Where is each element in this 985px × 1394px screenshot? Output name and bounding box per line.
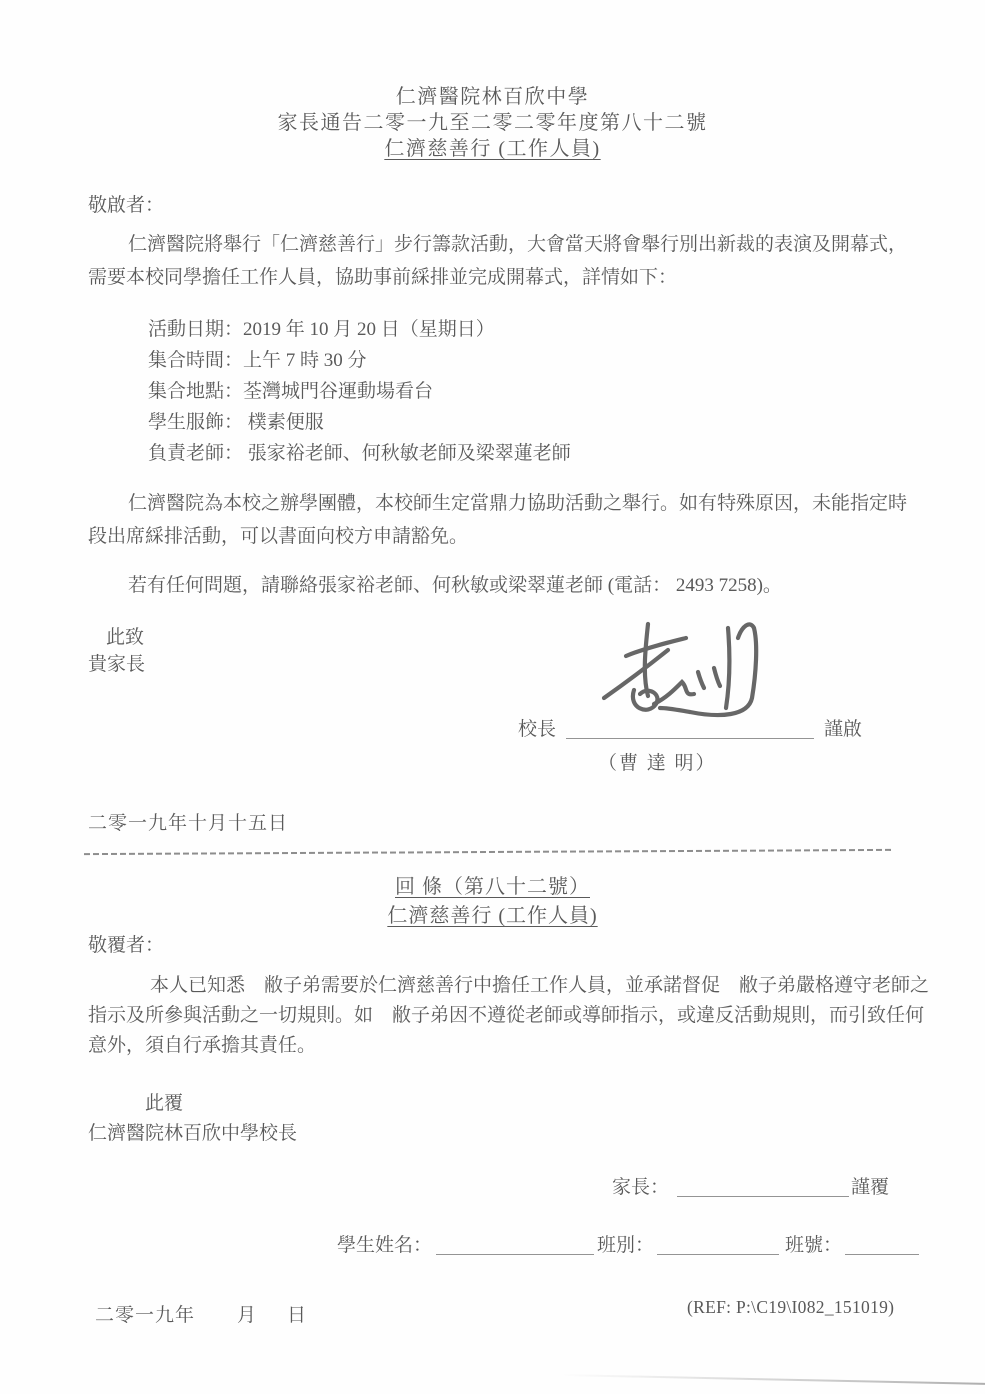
reply-line-1: 本人已知悉 敝子弟需要於仁濟慈善行中擔任工作人員，並承諾督促 敝子弟嚴格遵守老師… [88, 971, 929, 1001]
intro-paragraph: 仁濟醫院將舉行「仁濟慈善行」步行籌款活動，大會當天將會舉行別出新裁的表演及開幕式… [88, 228, 907, 294]
notice-number: 家長通告二零一九至二零二零年度第八十二號 [0, 110, 985, 136]
student-name-label: 學生姓名： [337, 1235, 432, 1256]
reply-body-paragraph: 本人已知悉 敝子弟需要於仁濟慈善行中擔任工作人員，並承諾督促 敝子弟嚴格遵守老師… [88, 971, 929, 1061]
principal-label: 校長 [518, 719, 556, 740]
reply-salutation: 敬覆者： [88, 930, 164, 957]
detail-date: 活動日期：2019 年 10 月 20 日（星期日） [148, 314, 571, 345]
principal-sign-row: 校長謹啟 [518, 714, 862, 741]
scanned-notice-page: 仁濟醫院林百欣中學 家長通告二零一九至二零二零年度第八十二號 仁濟慈善行 (工作… [0, 0, 985, 1394]
scan-edge-artifact [561, 1374, 985, 1385]
detail-teachers: 負責老師： 張家裕老師、何秋敏老師及梁翠蓮老師 [148, 438, 571, 469]
event-details: 活動日期：2019 年 10 月 20 日（星期日） 集合時間：上午 7 時 3… [148, 314, 571, 469]
cut-line-divider [84, 849, 894, 855]
principal-signature-line [566, 718, 814, 739]
reply-addressee: 仁濟醫院林百欣中學校長 [88, 1118, 297, 1145]
closing-to-parents: 貴家長 [88, 649, 145, 676]
student-name-field[interactable] [436, 1234, 594, 1255]
intro-line-2: 需要本校同學擔任工作人員，協助事前綵排並完成開幕式，詳情如下： [88, 261, 907, 294]
class-label: 班別： [597, 1235, 654, 1256]
intro-line-1: 仁濟醫院將舉行「仁濟慈善行」步行籌款活動，大會當天將會舉行別出新裁的表演及開幕式… [88, 228, 907, 261]
sponsor-paragraph: 仁濟醫院為本校之辦學團體，本校師生定當鼎力協助活動之舉行。如有特殊原因，未能指定… [88, 487, 907, 553]
notice-header: 仁濟醫院林百欣中學 家長通告二零一九至二零二零年度第八十二號 仁濟慈善行 (工作… [0, 84, 985, 162]
contact-paragraph: 若有任何問題，請聯絡張家裕老師、何秋敏或梁翠蓮老師 (電話： 2493 7258… [128, 570, 782, 597]
reply-slip-title: 回 條（第八十二號） [0, 870, 985, 899]
parent-sign-row: 家長：謹覆 [612, 1172, 889, 1199]
detail-dress: 學生服飾： 樸素便服 [148, 407, 571, 438]
reply-slip-subtitle: 仁濟慈善行 (工作人員) [0, 899, 985, 928]
reply-closing: 此覆 [145, 1088, 183, 1115]
sponsor-line-2: 段出席綵排活動，可以書面向校方申請豁免。 [88, 520, 907, 553]
reply-date-line: 二零一九年月日 [95, 1300, 307, 1327]
reply-date-year: 二零一九年 [95, 1305, 195, 1326]
sponsor-line-1: 仁濟醫院為本校之辦學團體，本校師生定當鼎力協助活動之舉行。如有特殊原因，未能指定… [88, 487, 907, 520]
class-field[interactable] [657, 1234, 779, 1255]
class-number-label: 班號： [785, 1235, 842, 1256]
salutation: 敬啟者： [88, 190, 164, 217]
parent-signature-field[interactable] [677, 1176, 849, 1197]
school-name: 仁濟醫院林百欣中學 [0, 84, 985, 110]
reference-code: (REF: P:\C19\I082_151019) [687, 1297, 894, 1318]
closing-this: 此致 [106, 622, 144, 649]
principal-sign-closing: 謹啟 [824, 719, 862, 740]
reply-date-month: 月 [237, 1305, 257, 1326]
issue-date: 二零一九年十月十五日 [88, 808, 288, 835]
parent-label: 家長： [612, 1177, 669, 1198]
class-number-field[interactable] [845, 1234, 919, 1255]
student-info-row: 學生姓名：班別：班號： [337, 1230, 919, 1257]
reply-line-3: 意外，須自行承擔其責任。 [88, 1031, 929, 1061]
detail-location: 集合地點：荃灣城門谷運動場看台 [148, 376, 571, 407]
detail-time: 集合時間：上午 7 時 30 分 [148, 345, 571, 376]
event-title: 仁濟慈善行 (工作人員) [0, 136, 985, 162]
principal-name: （曹 達 明） [598, 748, 717, 775]
parent-closing: 謹覆 [851, 1177, 889, 1198]
reply-date-day: 日 [287, 1305, 307, 1326]
reply-line-2: 指示及所參與活動之一切規則。如 敝子弟因不遵從老師或導師指示，或違反活動規則，而… [88, 1001, 929, 1031]
